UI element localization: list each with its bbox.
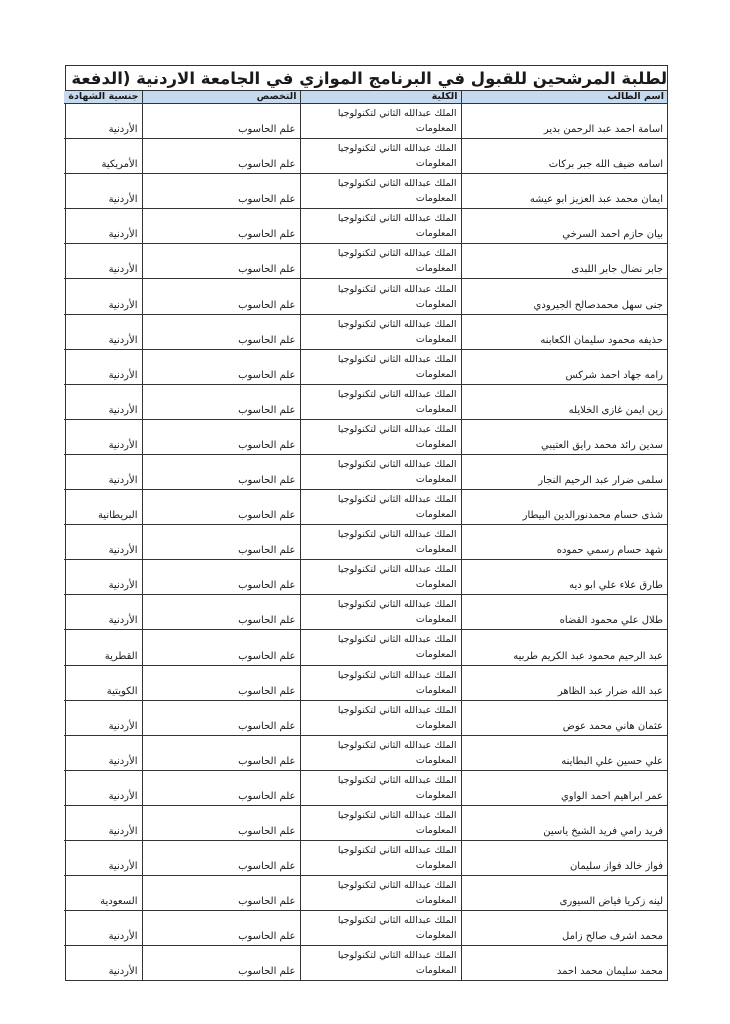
table-row: عبد الله ضرار عبد الظاهرالملك عبدالله ال… <box>64 665 667 700</box>
college-line-2: المعلومات <box>305 437 457 452</box>
college-line-2: المعلومات <box>305 542 457 557</box>
college-cell: الملك عبدالله الثاني لتكنولوجياالمعلومات <box>300 279 461 314</box>
nationality-cell: الأردنية <box>64 805 142 840</box>
specialty-cell: علم الحاسوب <box>142 349 300 384</box>
student-name-cell: رامه جهاد احمد شركس <box>461 349 667 384</box>
table-row: فريد رامي فريد الشيخ ياسينالملك عبدالله … <box>64 805 667 840</box>
student-name-cell: سلمى ضرار عبد الرحيم النجار <box>461 454 667 489</box>
college-line-2: المعلومات <box>305 963 457 978</box>
table-row: جنى سهل محمدصالح الجيروديالملك عبدالله ا… <box>64 279 667 314</box>
college-line-2: المعلومات <box>305 191 457 206</box>
nationality-cell: الأردنية <box>64 700 142 735</box>
student-name-cell: عبد الله ضرار عبد الظاهر <box>461 665 667 700</box>
college-line-2: المعلومات <box>305 928 457 943</box>
table-row: عمر ابراهيم احمد الواويالملك عبدالله الث… <box>64 770 667 805</box>
college-cell: الملك عبدالله الثاني لتكنولوجياالمعلومات <box>300 911 461 946</box>
college-line-1: الملك عبدالله الثاني لتكنولوجيا <box>305 527 457 542</box>
nationality-cell: الأردنية <box>64 770 142 805</box>
table-row: عثمان هاني محمد عوضالملك عبدالله الثاني … <box>64 700 667 735</box>
specialty-cell: علم الحاسوب <box>142 630 300 665</box>
college-line-2: المعلومات <box>305 226 457 241</box>
column-header-college: الكلية <box>300 91 461 104</box>
college-line-2: المعلومات <box>305 858 457 873</box>
nationality-cell: الأردنية <box>64 104 142 139</box>
nationality-cell: الأردنية <box>64 560 142 595</box>
student-name-cell: جابر نضال جابر اللبدى <box>461 244 667 279</box>
student-name-cell: شذى حسام محمدنورالدين البيطار <box>461 490 667 525</box>
specialty-cell: علم الحاسوب <box>142 174 300 209</box>
college-cell: الملك عبدالله الثاني لتكنولوجياالمعلومات <box>300 174 461 209</box>
specialty-cell: علم الحاسوب <box>142 209 300 244</box>
college-line-1: الملك عبدالله الثاني لتكنولوجيا <box>305 246 457 261</box>
nationality-cell: الأمريكية <box>64 139 142 174</box>
college-line-1: الملك عبدالله الثاني لتكنولوجيا <box>305 457 457 472</box>
table-row: ايمان محمد عبد العزيز ابو عيشهالملك عبدا… <box>64 174 667 209</box>
student-name-cell: فواز خالد فواز سليمان <box>461 840 667 875</box>
college-line-1: الملك عبدالله الثاني لتكنولوجيا <box>305 913 457 928</box>
college-cell: الملك عبدالله الثاني لتكنولوجياالمعلومات <box>300 876 461 911</box>
college-cell: الملك عبدالله الثاني لتكنولوجياالمعلومات <box>300 384 461 419</box>
nationality-cell: الأردنية <box>64 384 142 419</box>
nationality-cell: الأردنية <box>64 314 142 349</box>
specialty-cell: علم الحاسوب <box>142 770 300 805</box>
college-line-2: المعلومات <box>305 297 457 312</box>
specialty-cell: علم الحاسوب <box>142 665 300 700</box>
table-row: شهد حسام رسمي حمودهالملك عبدالله الثاني … <box>64 525 667 560</box>
nationality-cell: الأردنية <box>64 349 142 384</box>
college-cell: الملك عبدالله الثاني لتكنولوجياالمعلومات <box>300 104 461 139</box>
college-cell: الملك عبدالله الثاني لتكنولوجياالمعلومات <box>300 560 461 595</box>
student-name-cell: عمر ابراهيم احمد الواوي <box>461 770 667 805</box>
student-name-cell: لينه زكريا فياض السيورى <box>461 876 667 911</box>
college-line-2: المعلومات <box>305 647 457 662</box>
specialty-cell: علم الحاسوب <box>142 560 300 595</box>
nationality-cell: الأردنية <box>64 174 142 209</box>
college-line-1: الملك عبدالله الثاني لتكنولوجيا <box>305 597 457 612</box>
college-line-1: الملك عبدالله الثاني لتكنولوجيا <box>305 387 457 402</box>
nationality-cell: الأردنية <box>64 525 142 560</box>
college-line-1: الملك عبدالله الثاني لتكنولوجيا <box>305 773 457 788</box>
college-line-2: المعلومات <box>305 156 457 171</box>
college-line-2: المعلومات <box>305 788 457 803</box>
student-name-cell: شهد حسام رسمي حموده <box>461 525 667 560</box>
college-line-1: الملك عبدالله الثاني لتكنولوجيا <box>305 282 457 297</box>
specialty-cell: علم الحاسوب <box>142 384 300 419</box>
college-line-2: المعلومات <box>305 121 457 136</box>
college-cell: الملك عبدالله الثاني لتكنولوجياالمعلومات <box>300 314 461 349</box>
student-name-cell: عثمان هاني محمد عوض <box>461 700 667 735</box>
specialty-cell: علم الحاسوب <box>142 454 300 489</box>
college-line-2: المعلومات <box>305 577 457 592</box>
nationality-cell: القطرية <box>64 630 142 665</box>
college-line-2: المعلومات <box>305 823 457 838</box>
college-cell: الملك عبدالله الثاني لتكنولوجياالمعلومات <box>300 209 461 244</box>
table-row: زين ايمن غازى الخلايلهالملك عبدالله الثا… <box>64 384 667 419</box>
table-header-row: اسم الطالب الكلية التخصص جنسية الشهادة <box>64 91 667 104</box>
specialty-cell: علم الحاسوب <box>142 700 300 735</box>
nationality-cell: الأردنية <box>64 209 142 244</box>
college-line-2: المعلومات <box>305 753 457 768</box>
student-name-cell: محمد سليمان محمد احمد <box>461 946 667 981</box>
column-header-name: اسم الطالب <box>461 91 667 104</box>
specialty-cell: علم الحاسوب <box>142 735 300 770</box>
specialty-cell: علم الحاسوب <box>142 946 300 981</box>
student-name-cell: ايمان محمد عبد العزيز ابو عيشه <box>461 174 667 209</box>
specialty-cell: علم الحاسوب <box>142 314 300 349</box>
college-line-2: المعلومات <box>305 261 457 276</box>
college-cell: الملك عبدالله الثاني لتكنولوجياالمعلومات <box>300 630 461 665</box>
college-line-1: الملك عبدالله الثاني لتكنولوجيا <box>305 176 457 191</box>
college-line-1: الملك عبدالله الثاني لتكنولوجيا <box>305 492 457 507</box>
table-row: محمد اشرف صالح زاملالملك عبدالله الثاني … <box>64 911 667 946</box>
student-name-cell: محمد اشرف صالح زامل <box>461 911 667 946</box>
college-line-1: الملك عبدالله الثاني لتكنولوجيا <box>305 948 457 963</box>
nationality-cell: الأردنية <box>64 244 142 279</box>
college-cell: الملك عبدالله الثاني لتكنولوجياالمعلومات <box>300 525 461 560</box>
specialty-cell: علم الحاسوب <box>142 139 300 174</box>
column-header-specialty: التخصص <box>142 91 300 104</box>
student-name-cell: زين ايمن غازى الخلايله <box>461 384 667 419</box>
table-row: شذى حسام محمدنورالدين البيطارالملك عبدال… <box>64 490 667 525</box>
specialty-cell: علم الحاسوب <box>142 805 300 840</box>
student-name-cell: حذيفه محمود سليمان الكعابنه <box>461 314 667 349</box>
nationality-cell: الأردنية <box>64 279 142 314</box>
specialty-cell: علم الحاسوب <box>142 419 300 454</box>
college-line-1: الملك عبدالله الثاني لتكنولوجيا <box>305 141 457 156</box>
college-cell: الملك عبدالله الثاني لتكنولوجياالمعلومات <box>300 770 461 805</box>
nationality-cell: الأردنية <box>64 419 142 454</box>
table-row: سلمى ضرار عبد الرحيم النجارالملك عبدالله… <box>64 454 667 489</box>
college-line-1: الملك عبدالله الثاني لتكنولوجيا <box>305 738 457 753</box>
table-row: طارق علاء علي ابو ديهالملك عبدالله الثان… <box>64 560 667 595</box>
college-line-1: الملك عبدالله الثاني لتكنولوجيا <box>305 422 457 437</box>
college-cell: الملك عبدالله الثاني لتكنولوجياالمعلومات <box>300 735 461 770</box>
table-body: اسامة احمد عبد الرحمن بديرالملك عبدالله … <box>64 104 667 981</box>
students-table: اسم الطالب الكلية التخصص جنسية الشهادة ا… <box>64 91 667 980</box>
table-row: عبد الرحيم محمود عبد الكريم طربيهالملك ع… <box>64 630 667 665</box>
nationality-cell: السعودية <box>64 876 142 911</box>
college-line-1: الملك عبدالله الثاني لتكنولوجيا <box>305 668 457 683</box>
table-row: بيان حازم احمد السرخيالملك عبدالله الثان… <box>64 209 667 244</box>
student-name-cell: طلال علي محمود القضاه <box>461 595 667 630</box>
table-row: فواز خالد فواز سليمانالملك عبدالله الثان… <box>64 840 667 875</box>
college-cell: الملك عبدالله الثاني لتكنولوجياالمعلومات <box>300 840 461 875</box>
college-line-2: المعلومات <box>305 683 457 698</box>
college-line-2: المعلومات <box>305 507 457 522</box>
college-cell: الملك عبدالله الثاني لتكنولوجياالمعلومات <box>300 665 461 700</box>
college-line-1: الملك عبدالله الثاني لتكنولوجيا <box>305 843 457 858</box>
table-row: اسامة احمد عبد الرحمن بديرالملك عبدالله … <box>64 104 667 139</box>
nationality-cell: البريطانية <box>64 490 142 525</box>
college-cell: الملك عبدالله الثاني لتكنولوجياالمعلومات <box>300 139 461 174</box>
student-name-cell: اسامه ضيف الله جبر بركات <box>461 139 667 174</box>
college-line-2: المعلومات <box>305 612 457 627</box>
specialty-cell: علم الحاسوب <box>142 244 300 279</box>
college-line-1: الملك عبدالله الثاني لتكنولوجيا <box>305 703 457 718</box>
document-title: أسماء الطلبة المرشحين للقبول في البرنامج… <box>66 66 667 91</box>
college-line-2: المعلومات <box>305 332 457 347</box>
college-cell: الملك عبدالله الثاني لتكنولوجياالمعلومات <box>300 244 461 279</box>
student-name-cell: فريد رامي فريد الشيخ ياسين <box>461 805 667 840</box>
college-line-2: المعلومات <box>305 472 457 487</box>
college-cell: الملك عبدالله الثاني لتكنولوجياالمعلومات <box>300 490 461 525</box>
student-name-cell: سدين رائد محمد رايق العتيبي <box>461 419 667 454</box>
column-header-nationality: جنسية الشهادة <box>64 91 142 104</box>
table-row: محمد سليمان محمد احمدالملك عبدالله الثان… <box>64 946 667 981</box>
nationality-cell: الكويتية <box>64 665 142 700</box>
college-line-2: المعلومات <box>305 402 457 417</box>
college-line-1: الملك عبدالله الثاني لتكنولوجيا <box>305 878 457 893</box>
college-cell: الملك عبدالله الثاني لتكنولوجياالمعلومات <box>300 349 461 384</box>
table-row: جابر نضال جابر اللبدىالملك عبدالله الثان… <box>64 244 667 279</box>
college-cell: الملك عبدالله الثاني لتكنولوجياالمعلومات <box>300 419 461 454</box>
table-row: علي حسين علي البطاينهالملك عبدالله الثان… <box>64 735 667 770</box>
specialty-cell: علم الحاسوب <box>142 490 300 525</box>
admission-list-document: أسماء الطلبة المرشحين للقبول في البرنامج… <box>65 65 668 981</box>
table-row: سدين رائد محمد رايق العتيبيالملك عبدالله… <box>64 419 667 454</box>
student-name-cell: جنى سهل محمدصالح الجيرودي <box>461 279 667 314</box>
college-cell: الملك عبدالله الثاني لتكنولوجياالمعلومات <box>300 700 461 735</box>
table-row: رامه جهاد احمد شركسالملك عبدالله الثاني … <box>64 349 667 384</box>
college-line-2: المعلومات <box>305 718 457 733</box>
student-name-cell: عبد الرحيم محمود عبد الكريم طربيه <box>461 630 667 665</box>
specialty-cell: علم الحاسوب <box>142 876 300 911</box>
student-name-cell: طارق علاء علي ابو ديه <box>461 560 667 595</box>
table-row: لينه زكريا فياض السيورىالملك عبدالله الث… <box>64 876 667 911</box>
nationality-cell: الأردنية <box>64 454 142 489</box>
specialty-cell: علم الحاسوب <box>142 525 300 560</box>
college-line-1: الملك عبدالله الثاني لتكنولوجيا <box>305 106 457 121</box>
table-row: طلال علي محمود القضاهالملك عبدالله الثان… <box>64 595 667 630</box>
specialty-cell: علم الحاسوب <box>142 911 300 946</box>
college-line-1: الملك عبدالله الثاني لتكنولوجيا <box>305 808 457 823</box>
table-row: حذيفه محمود سليمان الكعابنهالملك عبدالله… <box>64 314 667 349</box>
nationality-cell: الأردنية <box>64 595 142 630</box>
specialty-cell: علم الحاسوب <box>142 840 300 875</box>
college-line-1: الملك عبدالله الثاني لتكنولوجيا <box>305 352 457 367</box>
college-cell: الملك عبدالله الثاني لتكنولوجياالمعلومات <box>300 454 461 489</box>
specialty-cell: علم الحاسوب <box>142 595 300 630</box>
student-name-cell: علي حسين علي البطاينه <box>461 735 667 770</box>
college-line-2: المعلومات <box>305 893 457 908</box>
nationality-cell: الأردنية <box>64 735 142 770</box>
student-name-cell: بيان حازم احمد السرخي <box>461 209 667 244</box>
college-line-1: الملك عبدالله الثاني لتكنولوجيا <box>305 211 457 226</box>
table-row: اسامه ضيف الله جبر بركاتالملك عبدالله ال… <box>64 139 667 174</box>
college-line-1: الملك عبدالله الثاني لتكنولوجيا <box>305 632 457 647</box>
college-line-1: الملك عبدالله الثاني لتكنولوجيا <box>305 562 457 577</box>
college-line-1: الملك عبدالله الثاني لتكنولوجيا <box>305 317 457 332</box>
specialty-cell: علم الحاسوب <box>142 104 300 139</box>
college-cell: الملك عبدالله الثاني لتكنولوجياالمعلومات <box>300 805 461 840</box>
college-line-2: المعلومات <box>305 367 457 382</box>
nationality-cell: الأردنية <box>64 946 142 981</box>
specialty-cell: علم الحاسوب <box>142 279 300 314</box>
student-name-cell: اسامة احمد عبد الرحمن بدير <box>461 104 667 139</box>
college-cell: الملك عبدالله الثاني لتكنولوجياالمعلومات <box>300 595 461 630</box>
college-cell: الملك عبدالله الثاني لتكنولوجياالمعلومات <box>300 946 461 981</box>
nationality-cell: الأردنية <box>64 840 142 875</box>
nationality-cell: الأردنية <box>64 911 142 946</box>
